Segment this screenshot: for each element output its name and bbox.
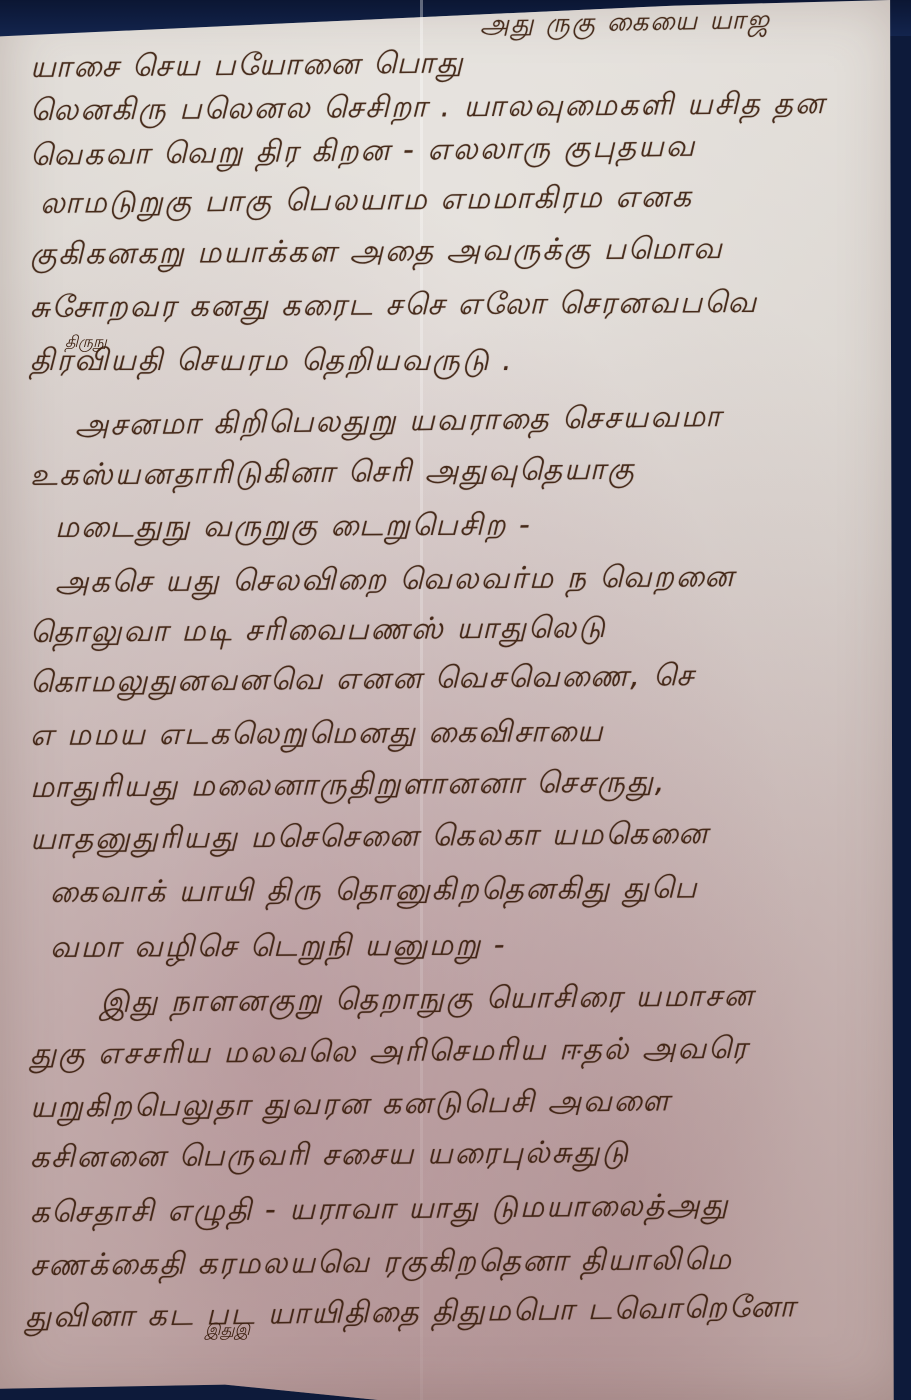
handwritten-line: லெனகிரு பலெனல செசிறா . யாலவுமைகளி யசித த… (30, 86, 826, 132)
handwritten-line: சணக்கைதி கரமலயவெ ரகுகிறதெனா தியாலிமெ (30, 1242, 733, 1287)
handwritten-line: அது ருகு கையை யாஜ (480, 5, 772, 43)
handwritten-line: கசினனை பெருவரி சசைய யரைபுல்சுதுடு (30, 1135, 631, 1179)
handwritten-line: துகு எசசரிய மலவலெ அரிசெமரிய ஈதல் அவரெ (30, 1031, 749, 1076)
handwritten-line: யறுகிறபெலுதா துவரன கனடுபெசி அவளை (30, 1083, 672, 1129)
handwritten-line: எ மமய எடகலெறுமெனது கைவிசாயை (30, 714, 605, 757)
handwritten-line: சுசோறவர கனது கரைட சசெ எலோ செரனவபவெ (30, 285, 758, 329)
handwritten-line: அகசெ யது செலவிறை வெலவர்ம ந வெறனை (55, 559, 736, 604)
handwritten-line: கொமலுதுனவனவெ எனன வெசவெணை, செ (30, 658, 696, 704)
interlinear-note: இதுஇ (205, 1320, 250, 1341)
handwritten-line: வமா வழிசெ டெறுநி யனுமறு - (50, 928, 507, 969)
handwritten-line: வெகவா வெறு திர கிறன - எலலாரு குபுதயவ (30, 129, 697, 177)
handwritten-line: மாதுரியது மலைனாருதிறுளானனா செசருது, (30, 764, 667, 809)
handwritten-line: கசெதாசி எழுதி - யராவா யாது டுமயாலைத்அது (30, 1188, 730, 1234)
handwritten-line: துவினா கட பட யாயிதிதை திதுமபொ டவொறெனோ (25, 1289, 798, 1339)
handwritten-line: தொலுவா மடி சரிவைபணஸ் யாதுலெடு (30, 610, 607, 654)
handwritten-line: இது நாளனகுறு தெறாநுகு யொசிரை யமாசன (100, 978, 755, 1024)
handwritten-line: லாமடுறுகு பாகு பெலயாம எமமாகிரம எனக (40, 179, 693, 225)
handwritten-line: மடைதுநு வருறுகு டைறுபெசிற - (55, 508, 532, 549)
handwritten-line: யாதனுதுரியது மசெசெனை கெலகா யமகெனை (30, 816, 710, 861)
manuscript-text: அது ருகு கையை யாஜ யாசை செய பயோனை பொது லெ… (0, 0, 900, 1400)
interlinear-note: திருநு (65, 332, 107, 353)
handwritten-line: அசனமா கிறிபெலதுறு யவராதை செசயவமா (75, 399, 723, 447)
handwritten-line: குகிகனகறு மயாக்கள அதை அவருக்கு பமொவ (30, 231, 724, 276)
handwritten-line: உகஸ்யனதாரிடுகினா செரி அதுவுதெயாகு (30, 452, 636, 497)
handwritten-line: யாசை செய பயோனை பொது (30, 45, 465, 89)
handwritten-line: கைவாக் யாயி திரு தொனுகிறதெனகிது துபெ (50, 870, 699, 914)
